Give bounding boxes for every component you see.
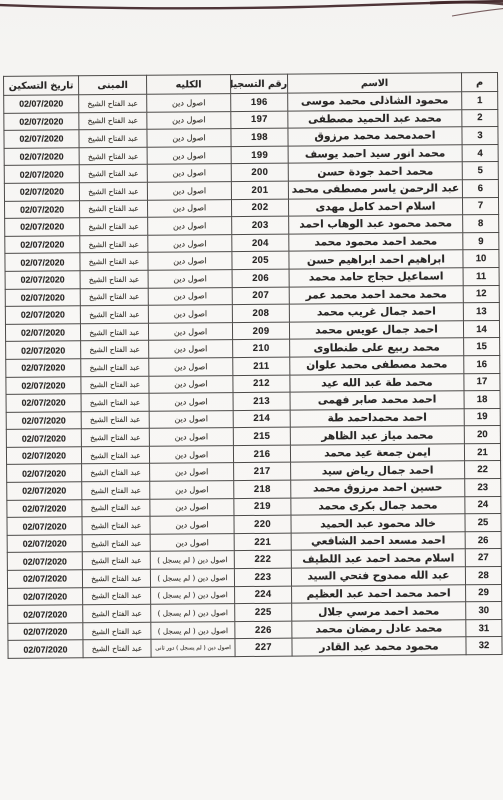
reg-no-cell: 218 (234, 480, 291, 498)
name-cell: محمد احمد مرسي جلال (292, 602, 466, 621)
date-cell: 02/07/2020 (7, 535, 82, 553)
college-cell: اصول دين (148, 305, 232, 323)
college-cell: اصول دين (149, 393, 233, 411)
college-cell: اصول دين (147, 94, 231, 112)
serial-cell: 31 (466, 619, 502, 637)
housing-table-wrapper: م الاسم رقم التسجيل الكليه المبنى تاريخ … (3, 72, 503, 659)
date-cell: 02/07/2020 (7, 499, 82, 517)
col-header-college: الكليه (147, 75, 231, 95)
serial-cell: 28 (465, 567, 501, 585)
reg-no-cell: 223 (234, 568, 291, 586)
serial-cell: 2 (462, 109, 498, 127)
name-cell: احمد محمد احمد عبد العظيم (292, 584, 466, 603)
building-cell: عبد الفتاح الشيخ (82, 464, 150, 482)
college-cell: اصول دين (150, 516, 234, 534)
serial-cell: 24 (465, 496, 501, 514)
serial-cell: 27 (465, 549, 501, 567)
name-cell: خالد محمود عبد الحميد (291, 514, 465, 533)
college-cell: اصول دين (147, 182, 231, 200)
date-cell: 02/07/2020 (4, 183, 79, 201)
date-cell: 02/07/2020 (7, 464, 82, 482)
scanned-page: م الاسم رقم التسجيل الكليه المبنى تاريخ … (0, 0, 503, 800)
date-cell: 02/07/2020 (8, 640, 83, 658)
building-cell: عبد الفتاح الشيخ (82, 534, 150, 552)
college-cell: اصول دين (148, 270, 232, 288)
college-cell: اصول دين (150, 533, 234, 551)
serial-cell: 19 (464, 408, 500, 426)
building-cell: عبد الفتاح الشيخ (82, 517, 150, 535)
building-cell: عبد الفتاح الشيخ (79, 147, 147, 165)
college-cell: اصول دين ( لم يسجل ) (151, 586, 235, 604)
college-cell: اصول دين ( لم يسجل ) (151, 604, 235, 622)
name-cell: احمد جمال عويس محمد (289, 321, 463, 340)
serial-cell: 4 (462, 144, 498, 162)
reg-no-cell: 209 (232, 322, 289, 340)
name-cell: عبد الله ممدوح فتحي السيد (291, 567, 465, 586)
building-cell: عبد الفتاح الشيخ (79, 94, 147, 112)
serial-cell: 29 (466, 584, 502, 602)
college-cell: اصول دين (148, 322, 232, 340)
reg-no-cell: 212 (233, 375, 290, 393)
serial-cell: 3 (462, 127, 498, 145)
name-cell: اسماعيل حجاج حامد محمد (289, 268, 463, 287)
name-cell: محمود محمد عبد القادر (292, 637, 466, 656)
building-cell: عبد الفتاح الشيخ (81, 411, 149, 429)
college-cell: اصول دين (147, 164, 231, 182)
reg-no-cell: 198 (231, 128, 288, 146)
reg-no-cell: 220 (234, 515, 291, 533)
date-cell: 02/07/2020 (5, 324, 80, 342)
building-cell: عبد الفتاح الشيخ (83, 622, 151, 640)
building-cell: عبد الفتاح الشيخ (81, 358, 149, 376)
date-cell: 02/07/2020 (7, 517, 82, 535)
reg-no-cell: 217 (234, 463, 291, 481)
serial-cell: 5 (462, 162, 498, 180)
date-cell: 02/07/2020 (6, 411, 81, 429)
name-cell: محمد انور سيد احمد يوسف (288, 145, 462, 164)
building-cell: عبد الفتاح الشيخ (83, 604, 151, 622)
college-cell: اصول دين (149, 428, 233, 446)
college-cell: اصول دين (150, 463, 234, 481)
college-cell: اصول دين (148, 234, 232, 252)
name-cell: محمد محمد احمد محمد عمر (289, 285, 463, 304)
reg-no-cell: 211 (233, 357, 290, 375)
reg-no-cell: 221 (234, 533, 291, 551)
building-cell: عبد الفتاح الشيخ (79, 129, 147, 147)
building-cell: عبد الفتاح الشيخ (80, 270, 148, 288)
building-cell: عبد الفتاح الشيخ (82, 499, 150, 517)
building-cell: عبد الفتاح الشيخ (82, 569, 150, 587)
name-cell: محمد عادل رمضان محمد (292, 620, 466, 639)
college-cell: اصول دين (147, 199, 231, 217)
serial-cell: 16 (464, 355, 500, 373)
col-header-building: المبنى (79, 75, 147, 95)
date-cell: 02/07/2020 (6, 429, 81, 447)
name-cell: اسلام احمد كامل مهدى (288, 197, 462, 216)
college-cell: اصول دين (149, 340, 233, 358)
name-cell: محمد ربيع على طنطاوى (290, 338, 464, 357)
name-cell: محمد مياز عبد الظاهر (290, 426, 464, 445)
table-row: 32محمود محمد عبد القادر227اصول دين ( لم … (8, 637, 502, 658)
name-cell: احمد جمال غريب محمد (289, 303, 463, 322)
serial-cell: 30 (466, 602, 502, 620)
building-cell: عبد الفتاح الشيخ (83, 587, 151, 605)
building-cell: عبد الفتاح الشيخ (82, 481, 150, 499)
building-cell: عبد الفتاح الشيخ (81, 393, 149, 411)
serial-cell: 22 (465, 461, 501, 479)
building-cell: عبد الفتاح الشيخ (80, 235, 148, 253)
serial-cell: 15 (464, 338, 500, 356)
serial-cell: 13 (463, 303, 499, 321)
building-cell: عبد الفتاح الشيخ (79, 182, 147, 200)
serial-cell: 23 (465, 479, 501, 497)
col-header-serial: م (462, 73, 498, 92)
name-cell: احمد محمداحمد طة (290, 408, 464, 427)
name-cell: اسلام محمد احمد عبد اللطيف (291, 549, 465, 568)
serial-cell: 1 (462, 92, 498, 110)
reg-no-cell: 222 (234, 551, 291, 569)
college-cell: اصول دين (149, 410, 233, 428)
date-cell: 02/07/2020 (4, 130, 79, 148)
serial-cell: 12 (463, 285, 499, 303)
date-cell: 02/07/2020 (4, 200, 79, 218)
date-cell: 02/07/2020 (6, 341, 81, 359)
college-cell: اصول دين (147, 146, 231, 164)
serial-cell: 18 (464, 391, 500, 409)
col-header-reg-no: رقم التسجيل (231, 74, 288, 93)
building-cell: عبد الفتاح الشيخ (83, 640, 151, 658)
name-cell: محمد عبد الحميد مصطفى (288, 109, 462, 128)
date-cell: 02/07/2020 (5, 236, 80, 254)
reg-no-cell: 226 (235, 621, 292, 639)
reg-no-cell: 197 (231, 111, 288, 129)
reg-no-cell: 213 (233, 392, 290, 410)
date-cell: 02/07/2020 (8, 623, 83, 641)
name-cell: حسين احمد مرزوق محمد (291, 479, 465, 498)
name-cell: احمدمحمد محمد مرزوق (288, 127, 462, 146)
college-cell: اصول دين (147, 129, 231, 147)
name-cell: عبد الرحمن ياسر مصطفى محمد (288, 180, 462, 199)
college-cell: اصول دين (149, 375, 233, 393)
building-cell: عبد الفتاح الشيخ (80, 217, 148, 235)
name-cell: محمد احمد محمود محمد (289, 233, 463, 252)
date-cell: 02/07/2020 (4, 95, 79, 113)
building-cell: عبد الفتاح الشيخ (81, 341, 149, 359)
reg-no-cell: 210 (233, 339, 290, 357)
reg-no-cell: 219 (234, 498, 291, 516)
serial-cell: 25 (465, 514, 501, 532)
reg-no-cell: 199 (231, 146, 288, 164)
building-cell: عبد الفتاح الشيخ (79, 112, 147, 130)
college-cell: اصول دين (149, 358, 233, 376)
name-cell: محمد مصطفى محمد علوان (290, 356, 464, 375)
date-cell: 02/07/2020 (6, 394, 81, 412)
reg-no-cell: 225 (235, 603, 292, 621)
building-cell: عبد الفتاح الشيخ (79, 200, 147, 218)
col-header-name: الاسم (288, 73, 462, 93)
college-cell: اصول دين (148, 217, 232, 235)
name-cell: محمود الشاذلى محمد موسى (288, 92, 462, 111)
reg-no-cell: 227 (235, 639, 292, 657)
date-cell: 02/07/2020 (5, 306, 80, 324)
date-cell: 02/07/2020 (5, 271, 80, 289)
reg-no-cell: 203 (232, 216, 289, 234)
reg-no-cell: 216 (233, 445, 290, 463)
col-header-date: تاريخ التسكين (4, 76, 79, 96)
reg-no-cell: 224 (235, 586, 292, 604)
building-cell: عبد الفتاح الشيخ (80, 253, 148, 271)
date-cell: 02/07/2020 (5, 253, 80, 271)
date-cell: 02/07/2020 (8, 605, 83, 623)
building-cell: عبد الفتاح الشيخ (81, 429, 149, 447)
reg-no-cell: 207 (232, 287, 289, 305)
name-cell: ابراهيم احمد ابراهيم حسن (289, 250, 463, 269)
name-cell: احمد جمال رياض سيد (291, 461, 465, 480)
reg-no-cell: 215 (233, 427, 290, 445)
serial-cell: 7 (462, 197, 498, 215)
date-cell: 02/07/2020 (5, 218, 80, 236)
serial-cell: 8 (463, 215, 499, 233)
name-cell: احمد محمد صابر فهمى (290, 391, 464, 410)
college-cell: اصول دين (150, 498, 234, 516)
date-cell: 02/07/2020 (5, 288, 80, 306)
reg-no-cell: 205 (232, 251, 289, 269)
building-cell: عبد الفتاح الشيخ (81, 376, 149, 394)
college-cell: اصول دين (149, 445, 233, 463)
reg-no-cell: 208 (232, 304, 289, 322)
serial-cell: 11 (463, 267, 499, 285)
serial-cell: 20 (464, 426, 500, 444)
building-cell: عبد الفتاح الشيخ (81, 446, 149, 464)
serial-cell: 26 (465, 531, 501, 549)
name-cell: محمد جمال بكرى محمد (291, 496, 465, 515)
date-cell: 02/07/2020 (8, 587, 83, 605)
building-cell: عبد الفتاح الشيخ (79, 165, 147, 183)
college-cell: اصول دين ( لم يسجل ) (151, 621, 235, 639)
college-cell: اصول دين (148, 287, 232, 305)
date-cell: 02/07/2020 (7, 570, 82, 588)
housing-table: م الاسم رقم التسجيل الكليه المبنى تاريخ … (3, 72, 503, 659)
name-cell: محمد احمد جودة حسن (288, 162, 462, 181)
reg-no-cell: 206 (232, 269, 289, 287)
building-cell: عبد الفتاح الشيخ (80, 323, 148, 341)
reg-no-cell: 200 (231, 164, 288, 182)
building-cell: عبد الفتاح الشيخ (80, 305, 148, 323)
serial-cell: 9 (463, 232, 499, 250)
scan-artifact-curve (0, 0, 503, 22)
college-cell: اصول دين ( لم يسجل ) (150, 569, 234, 587)
name-cell: احمد مسعد احمد الشافعي (291, 532, 465, 551)
reg-no-cell: 202 (231, 199, 288, 217)
college-cell: اصول دين (148, 252, 232, 270)
building-cell: عبد الفتاح الشيخ (80, 288, 148, 306)
date-cell: 02/07/2020 (7, 482, 82, 500)
date-cell: 02/07/2020 (6, 376, 81, 394)
name-cell: محمد طة عبد الله عيد (290, 373, 464, 392)
college-cell: اصول دين (147, 111, 231, 129)
reg-no-cell: 204 (232, 234, 289, 252)
date-cell: 02/07/2020 (4, 112, 79, 130)
date-cell: 02/07/2020 (6, 447, 81, 465)
date-cell: 02/07/2020 (4, 148, 79, 166)
serial-cell: 17 (464, 373, 500, 391)
serial-cell: 32 (466, 637, 502, 655)
college-cell: اصول دين ( لم يسجل ) دور ثانى (151, 639, 235, 657)
name-cell: محمد محمود عبد الوهاب احمد (289, 215, 463, 234)
date-cell: 02/07/2020 (7, 552, 82, 570)
serial-cell: 14 (463, 320, 499, 338)
name-cell: ايمن جمعة عيد محمد (290, 444, 464, 463)
serial-cell: 6 (462, 179, 498, 197)
reg-no-cell: 214 (233, 410, 290, 428)
date-cell: 02/07/2020 (6, 359, 81, 377)
serial-cell: 21 (464, 443, 500, 461)
building-cell: عبد الفتاح الشيخ (82, 552, 150, 570)
date-cell: 02/07/2020 (4, 165, 79, 183)
serial-cell: 10 (463, 250, 499, 268)
college-cell: اصول دين (150, 481, 234, 499)
reg-no-cell: 201 (231, 181, 288, 199)
reg-no-cell: 196 (231, 93, 288, 111)
college-cell: اصول دين ( لم يسجل ) (150, 551, 234, 569)
